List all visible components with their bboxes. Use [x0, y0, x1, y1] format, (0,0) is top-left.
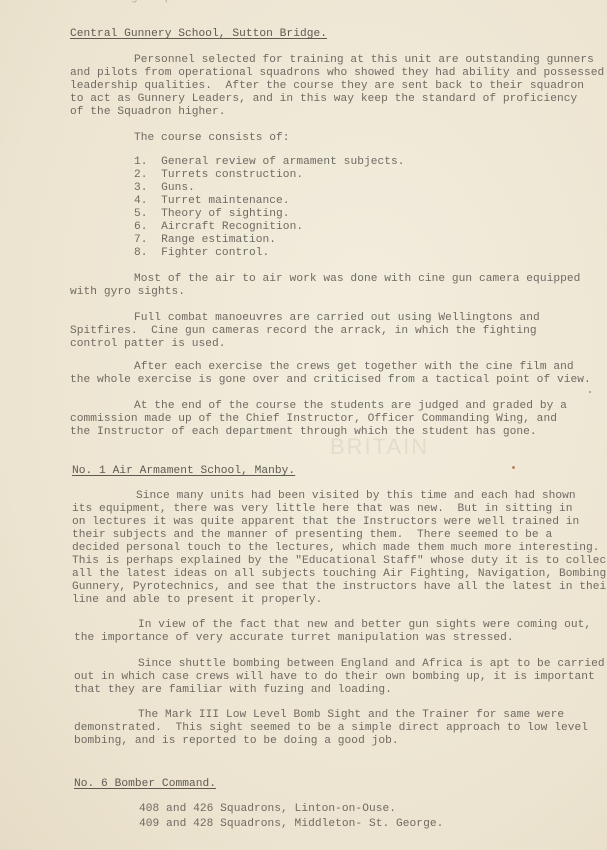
text-line: the whole exercise is gone over and crit… [70, 374, 591, 387]
item-text: Fighter control. [161, 247, 269, 259]
item-number: 5. [134, 208, 148, 220]
item-text: General review of armament subjects. [161, 156, 405, 168]
item-number: 3. [134, 182, 148, 194]
text-line: The Mark III Low Level Bomb Sight and th… [138, 709, 564, 722]
text-line: Full combat manoeuvres are carried out u… [134, 312, 540, 325]
text-line: In view of the fact that new and better … [138, 619, 591, 632]
text-line: bombing, and is reported to be doing a g… [74, 735, 399, 748]
section-heading-bomber-command: No. 6 Bomber Command. [74, 778, 216, 791]
item-number: 2. [134, 169, 148, 181]
list-item: 409 and 428 Squadrons, Middleton- St. Ge… [139, 818, 443, 831]
text-line: decided personal touch to the lectures, … [72, 542, 600, 555]
list-item: 2. Turrets construction. [134, 169, 303, 182]
list-item: 3. Guns. [134, 182, 195, 195]
section-heading-manby: No. 1 Air Armament School, Manby. [72, 465, 295, 478]
item-number: 7. [134, 234, 148, 246]
item-text: Range estimation. [161, 234, 276, 246]
text-line: Most of the air to air work was done wit… [134, 273, 580, 286]
text-line: commission made up of the Chief Instruct… [70, 413, 557, 426]
item-number: 8. [134, 247, 148, 259]
text-line: Since shuttle bombing between England an… [138, 658, 605, 671]
text-line: This is perhaps explained by the "Educat… [72, 555, 607, 568]
section-heading-cgs: Central Gunnery School, Sutton Bridge. [70, 28, 327, 41]
watermark: BRITAIN [330, 440, 429, 453]
item-text: Turrets construction. [161, 169, 303, 181]
text-line: the Instructor of each department throug… [70, 426, 537, 439]
text-line: demonstrated. This sight seemed to be a … [74, 722, 588, 735]
text-line: line and able to present it properly. [72, 594, 322, 607]
text-line: and pilots from operational squadrons wh… [70, 67, 604, 80]
item-number: 6. [134, 221, 148, 233]
paper-speck [589, 391, 591, 393]
text-line: to act as Gunnery Leaders, and in this w… [70, 93, 577, 106]
text-line: At the end of the course the students ar… [134, 400, 567, 413]
item-number: 1. [134, 156, 148, 168]
item-text: Theory of sighting. [161, 208, 290, 220]
text-line: Gunnery, Pyrotechnics, and see that the … [72, 581, 607, 594]
text-line: on lectures it was quite apparent that t… [72, 516, 579, 529]
text-line: of the Squadron higher. [70, 106, 226, 119]
list-item: 6. Aircraft Recognition. [134, 221, 303, 234]
text-line: Spitfires. Cine gun cameras record the a… [70, 325, 537, 338]
text-line: with gyro sights. [70, 286, 185, 299]
item-number: 4. [134, 195, 148, 207]
text-line: Since many units had been visited by thi… [136, 490, 576, 503]
item-text: Turret maintenance. [161, 195, 290, 207]
paper-speck [512, 466, 515, 469]
text-line: control patter is used. [70, 338, 226, 351]
text-line: all the latest ideas on all subjects tou… [72, 568, 607, 581]
text-line: After each exercise the crews get togeth… [134, 361, 574, 374]
list-item: 408 and 426 Squadrons, Linton-on-Ouse. [139, 803, 396, 816]
list-item: 8. Fighter control. [134, 247, 269, 260]
text-line: the importance of very accurate turret m… [74, 632, 514, 645]
document-page: BRITAIN a training ship Central Gunnery … [0, 0, 607, 850]
list-item: 4. Turret maintenance. [134, 195, 290, 208]
text-line: its equipment, there was very little her… [72, 503, 573, 516]
list-item: 7. Range estimation. [134, 234, 276, 247]
list-item: 1. General review of armament subjects. [134, 156, 405, 169]
cutoff-line: a training ship [70, 0, 171, 5]
text-line: their subjects and the manner of present… [72, 529, 552, 542]
text-line: Personnel selected for training at this … [134, 54, 594, 67]
item-text: Aircraft Recognition. [161, 221, 303, 233]
list-item: 5. Theory of sighting. [134, 208, 290, 221]
item-text: Guns. [161, 182, 195, 194]
text-line: out in which case crews will have to do … [74, 671, 595, 684]
text-line: leadership qualities. After the course t… [70, 80, 584, 93]
text-line: that they are familiar with fuzing and l… [74, 684, 392, 697]
course-intro: The course consists of: [134, 132, 290, 145]
